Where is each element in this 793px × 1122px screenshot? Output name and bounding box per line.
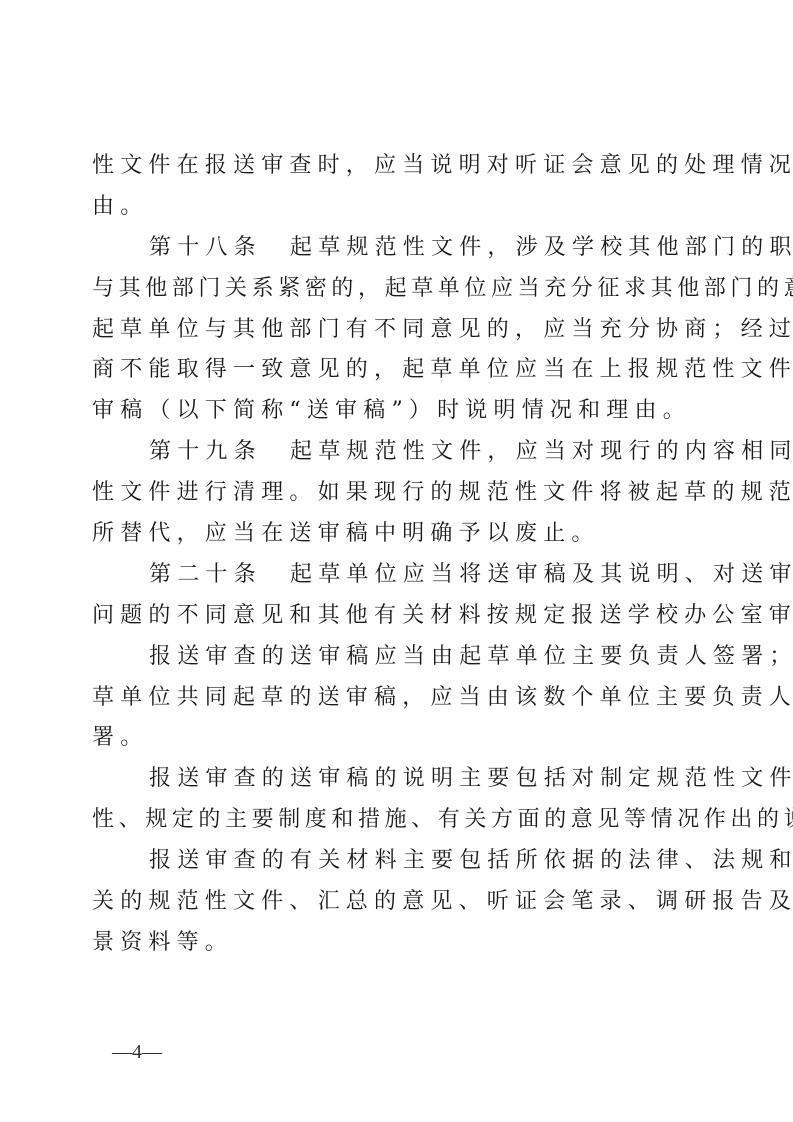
article-19-heading-line: 第十九条 起草规范性文件，应当对现行的内容相同的规范 xyxy=(92,432,692,473)
text-line-7: 审稿（以下简称“送审稿”）时说明情况和理由。 xyxy=(92,391,692,432)
text-line-20: 景资料等。 xyxy=(92,923,692,964)
paragraph-explanation-line: 报送审查的送审稿的说明主要包括对制定规范性文件的必要 xyxy=(92,759,692,800)
text-line-19: 关的规范性文件、汇总的意见、听证会笔录、调研报告及有关背 xyxy=(92,882,692,923)
document-body: 性文件在报送审查时，应当说明对听证会意见的处理情况及其理 由。 第十八条 起草规… xyxy=(92,146,692,964)
paragraph-materials-line: 报送审查的有关材料主要包括所依据的法律、法规和上级机 xyxy=(92,841,692,882)
page-number: —4— xyxy=(112,1040,162,1064)
text-line-17: 性、规定的主要制度和措施、有关方面的意见等情况作出的说明。 xyxy=(92,800,692,841)
text-line-14: 草单位共同起草的送审稿，应当由该数个单位主要负责人共同签 xyxy=(92,678,692,719)
text-line-2: 由。 xyxy=(92,187,692,228)
text-line-10: 所替代，应当在送审稿中明确予以废止。 xyxy=(92,514,692,555)
article-20-heading-line: 第二十条 起草单位应当将送审稿及其说明、对送审稿主要 xyxy=(92,555,692,596)
article-18-heading-line: 第十八条 起草规范性文件，涉及学校其他部门的职责或者 xyxy=(92,228,692,269)
text-line-1: 性文件在报送审查时，应当说明对听证会意见的处理情况及其理 xyxy=(92,146,692,187)
paragraph-signature-line: 报送审查的送审稿应当由起草单位主要负责人签署；数个起 xyxy=(92,637,692,678)
text-line-9: 性文件进行清理。如果现行的规范性文件将被起草的规范性文件 xyxy=(92,473,692,514)
text-line-4: 与其他部门关系紧密的，起草单位应当充分征求其他部门的意见。 xyxy=(92,269,692,310)
text-line-6: 商不能取得一致意见的，起草单位应当在上报规范性文件草案送 xyxy=(92,350,692,391)
text-line-15: 署。 xyxy=(92,718,692,759)
text-line-12: 问题的不同意见和其他有关材料按规定报送学校办公室审查。 xyxy=(92,596,692,637)
document-page: 性文件在报送审查时，应当说明对听证会意见的处理情况及其理 由。 第十八条 起草规… xyxy=(0,0,793,1122)
text-line-5: 起草单位与其他部门有不同意见的，应当充分协商；经过充分协 xyxy=(92,310,692,351)
